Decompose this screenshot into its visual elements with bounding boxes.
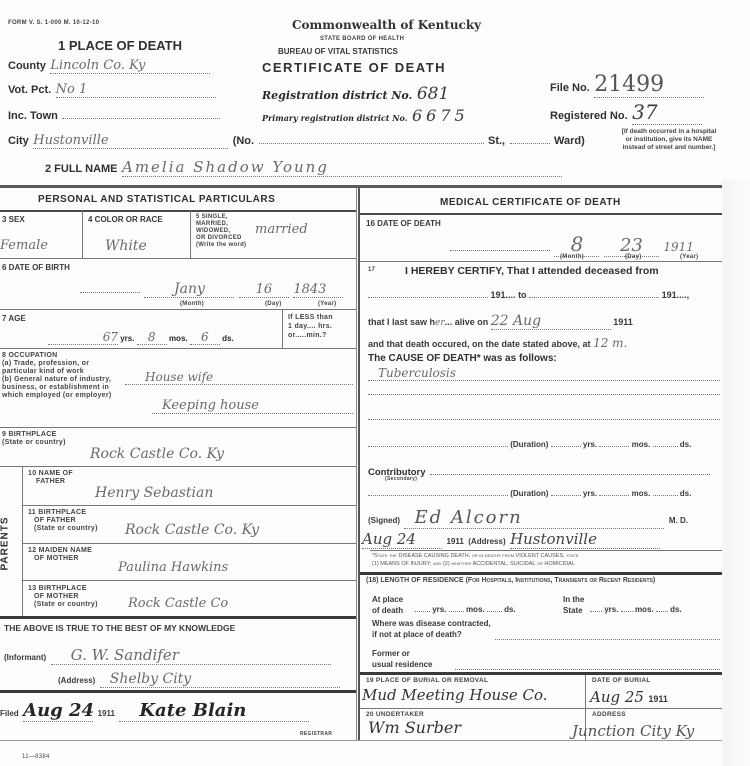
registrar-label: REGISTRAR bbox=[300, 731, 332, 737]
burial-date-label: DATE OF BURIAL bbox=[592, 677, 651, 684]
occupation-label: 8 OCCUPATION (a) Trade, profession, or p… bbox=[2, 352, 112, 400]
cause-of-death-value: Tuberculosis bbox=[368, 366, 720, 381]
dob-year-caption: (Year) bbox=[318, 301, 336, 307]
occ-b-line: which employed (or employer) bbox=[2, 392, 112, 400]
ds-label: ds. bbox=[670, 605, 682, 614]
at-place-line: of death bbox=[372, 605, 403, 616]
divider bbox=[360, 261, 722, 262]
occ-a-line: (a) Trade, profession, or bbox=[2, 360, 112, 368]
vot-pct-label: Vot. Pct. bbox=[8, 84, 51, 96]
marital-label-line: MARRIED, bbox=[196, 221, 246, 228]
in-state-label: In the State bbox=[563, 594, 584, 616]
birthplace-label: 9 BIRTHPLACE (State or country) bbox=[2, 431, 66, 447]
occupation-a-value: House wife bbox=[125, 370, 353, 385]
less-than-day-label: If LESS than 1 day.... hrs. or.....min.? bbox=[288, 313, 333, 340]
parents-label: PARENTS bbox=[0, 516, 11, 570]
contracted-line: if not at place of death? bbox=[372, 629, 491, 640]
registered-no-value: 37 bbox=[632, 100, 702, 125]
divider bbox=[360, 213, 722, 215]
registrar-signature: Kate Blain bbox=[119, 700, 309, 722]
mother-birthplace-label: 13 BIRTHPLACE OF MOTHER (State or countr… bbox=[28, 585, 98, 609]
secondary-label: (Secondary) bbox=[385, 476, 417, 482]
mother-bp-label-line: 13 BIRTHPLACE bbox=[28, 585, 98, 593]
med-address-value: Hustonville bbox=[510, 530, 660, 549]
contracted-line-blank bbox=[495, 638, 720, 640]
vot-pct-value: No 1 bbox=[56, 82, 216, 98]
filed-date: Aug 24 bbox=[23, 700, 93, 722]
occ-a-line: particular kind of work bbox=[2, 368, 112, 376]
certify-text: I HEREBY CERTIFY, That I attended deceas… bbox=[405, 265, 659, 277]
registration-district: Registration district No. 681 bbox=[262, 84, 449, 104]
mother-name-label-line: 12 MAIDEN NAME bbox=[28, 547, 92, 555]
vot-pct-field: Vot. Pct. No 1 bbox=[8, 80, 233, 98]
informant-field: (Informant) G. W. Sandifer bbox=[4, 646, 354, 665]
birthplace-label-line: 9 BIRTHPLACE bbox=[2, 431, 66, 439]
county-label: County bbox=[8, 60, 46, 72]
in-state-line: State bbox=[563, 605, 584, 616]
divider bbox=[370, 550, 722, 551]
yrs-label: yrs. bbox=[120, 334, 134, 343]
header-divider bbox=[0, 185, 722, 188]
age-years: 67 bbox=[48, 330, 118, 345]
former-residence-label: Former or usual residence bbox=[372, 648, 432, 670]
hospital-note: [If death occurred in a hospital or inst… bbox=[618, 128, 720, 152]
yrs-label: yrs. bbox=[432, 605, 446, 614]
death-time: 12 m. bbox=[593, 336, 627, 350]
bottom-border bbox=[0, 740, 722, 741]
last-saw-pronoun: er bbox=[435, 318, 445, 328]
mos-label: mos. bbox=[466, 605, 485, 614]
mos-label: mos. bbox=[632, 489, 651, 498]
ds-label: ds. bbox=[680, 440, 692, 449]
dod-month-caption: (Month) bbox=[560, 254, 584, 260]
occ-b-line: (b) General nature of industry, bbox=[2, 376, 112, 384]
primary-reg-label: Primary registration district No. bbox=[262, 113, 408, 123]
cause-of-death-label: The CAUSE OF DEATH* was as follows: bbox=[368, 353, 557, 364]
undertaker-address-value: Junction City Ky bbox=[572, 722, 694, 740]
column-divider-shadow bbox=[356, 188, 357, 740]
divider bbox=[0, 309, 356, 310]
mother-birthplace-value: Rock Castle Co bbox=[128, 596, 228, 611]
divider bbox=[82, 210, 83, 258]
reg-district-label: Registration district No. bbox=[262, 89, 412, 102]
column-divider bbox=[358, 188, 360, 740]
divider bbox=[360, 672, 722, 675]
footnote-line: *State the DISEASE CAUSING DEATH, or in … bbox=[372, 552, 579, 560]
personal-section-title: PERSONAL AND STATISTICAL PARTICULARS bbox=[38, 194, 275, 205]
st-label: St., bbox=[488, 135, 505, 147]
occupation-heading: 8 OCCUPATION bbox=[2, 352, 112, 360]
divider bbox=[282, 309, 283, 348]
divider bbox=[22, 505, 356, 506]
medical-section-title: MEDICAL CERTIFICATE OF DEATH bbox=[440, 197, 621, 208]
informant-value: G. W. Sandifer bbox=[51, 646, 331, 665]
burial-year: 1911 bbox=[648, 694, 668, 704]
father-name-value: Henry Sebastian bbox=[95, 485, 213, 501]
marital-label-line: OR DIVORCED bbox=[196, 235, 246, 242]
alive-year: 1911 bbox=[613, 317, 633, 327]
father-bp-label-line: (State or country) bbox=[28, 525, 98, 533]
informant-address-field: (Address) Shelby City bbox=[58, 670, 354, 688]
marital-status-label: 5 SINGLE, MARRIED, WIDOWED, OR DIVORCED … bbox=[196, 214, 246, 249]
cause-line-3 bbox=[368, 418, 720, 420]
board-title: STATE BOARD OF HEALTH bbox=[320, 36, 404, 42]
divider bbox=[0, 210, 356, 212]
father-birthplace-label: 11 BIRTHPLACE OF FATHER (State or countr… bbox=[28, 509, 98, 533]
footer-code: 11—8384 bbox=[22, 754, 50, 760]
primary-registration-district: Primary registration district No. 6675 bbox=[262, 106, 469, 126]
informant-label: (Informant) bbox=[4, 653, 46, 662]
divider bbox=[0, 427, 356, 428]
duration-label: (Duration) bbox=[510, 489, 548, 498]
reg-district-value: 681 bbox=[417, 84, 449, 104]
signed-field: (Signed) Ed Alcorn M. D. bbox=[368, 507, 720, 529]
registered-no-label: Registered No. bbox=[550, 110, 628, 122]
dob-day-caption: (Day) bbox=[265, 301, 282, 307]
ward-label: Ward) bbox=[554, 135, 585, 147]
mother-bp-label-line: OF MOTHER bbox=[28, 593, 98, 601]
dod-year-caption: (Year) bbox=[680, 254, 698, 260]
filed-label: Filed bbox=[0, 709, 19, 718]
dob-field: Jany 16 1843 bbox=[80, 280, 350, 298]
certify-number: 17 bbox=[368, 267, 375, 273]
dob-year: 1843 bbox=[293, 282, 343, 298]
signed-label: (Signed) bbox=[368, 516, 400, 525]
ds-label: ds. bbox=[222, 334, 234, 343]
marital-value: married bbox=[255, 222, 308, 237]
less-than-line: 1 day.... hrs. bbox=[288, 322, 333, 331]
yrs-label: yrs. bbox=[604, 605, 618, 614]
at-place-label: At place of death bbox=[372, 594, 403, 616]
occ-b-line: business, or establishment in bbox=[2, 384, 112, 392]
divider bbox=[190, 210, 191, 258]
attended-dates-line: 191.... to 191...., bbox=[368, 290, 720, 300]
divider bbox=[22, 580, 356, 581]
father-name-label: 10 NAME OF FATHER bbox=[28, 470, 73, 486]
death-occurred-text: and that death occured, on the date stat… bbox=[368, 339, 591, 349]
certificate-title: CERTIFICATE OF DEATH bbox=[262, 60, 446, 75]
marital-label-line: 5 SINGLE, bbox=[196, 214, 246, 221]
mother-name-label-line: OF MOTHER bbox=[28, 555, 92, 563]
med-address-label: (Address) bbox=[468, 537, 505, 546]
full-name-value: Amelia Shadow Young bbox=[122, 158, 562, 177]
city-value: Hustonville bbox=[33, 133, 228, 149]
from-year: 191.... bbox=[491, 290, 516, 300]
page-edge bbox=[722, 180, 750, 766]
duration-line-1: (Duration) yrs. mos. ds. bbox=[368, 440, 720, 449]
md-label: M. D. bbox=[669, 516, 688, 525]
yrs-label: yrs. bbox=[583, 489, 597, 498]
residence-label: (18) LENGTH OF RESIDENCE (For Hospitals,… bbox=[366, 577, 718, 585]
divider bbox=[22, 543, 356, 544]
filed-year: 1911 bbox=[98, 709, 115, 718]
undertaker-value: Wm Surber bbox=[368, 718, 461, 737]
at-place-duration: yrs. mos. ds. bbox=[415, 605, 516, 614]
age-label: 7 AGE bbox=[2, 314, 26, 323]
dob-month: Jany bbox=[144, 281, 234, 298]
last-saw-label: that I last saw h bbox=[368, 317, 435, 327]
dod-day-caption: (Day) bbox=[625, 254, 642, 260]
color-label: 4 COLOR OR RACE bbox=[88, 215, 163, 224]
burial-place-label: 19 PLACE OF BURIAL OR REMOVAL bbox=[366, 677, 488, 684]
file-no-value: 21499 bbox=[594, 72, 704, 98]
marital-label-line: (Write the word) bbox=[196, 242, 246, 249]
birthplace-value: Rock Castle Co. Ky bbox=[90, 446, 224, 462]
divider bbox=[22, 466, 23, 616]
divider bbox=[360, 708, 722, 709]
to-year: 191...., bbox=[662, 290, 690, 300]
county-field: County Lincoln Co. Ky bbox=[8, 56, 233, 74]
dob-day: 16 bbox=[239, 282, 289, 298]
full-name-field: 2 FULL NAME Amelia Shadow Young bbox=[45, 158, 605, 177]
contributory-field: Contributory bbox=[368, 462, 720, 480]
former-residence-line: usual residence bbox=[372, 659, 432, 670]
father-bp-label-line: 11 BIRTHPLACE bbox=[28, 509, 98, 517]
duration-label: (Duration) bbox=[510, 440, 548, 449]
alive-on-value: 22 Aug bbox=[491, 313, 611, 330]
mother-name-value: Paulina Hawkins bbox=[118, 560, 228, 575]
signed-year: 1911 bbox=[446, 537, 463, 546]
signed-value: Ed Alcorn bbox=[404, 507, 664, 529]
full-name-label: 2 FULL NAME bbox=[45, 163, 118, 175]
registered-number: Registered No. 37 bbox=[550, 100, 720, 125]
burial-date-field: Aug 25 1911 bbox=[590, 688, 668, 707]
age-months: 8 bbox=[137, 330, 167, 345]
in-state-line: In the bbox=[563, 594, 584, 605]
city-field: City Hustonville (No. St., Ward) bbox=[8, 131, 608, 149]
undertaker-address-label: ADDRESS bbox=[592, 711, 626, 718]
sex-label: 3 SEX bbox=[2, 215, 25, 224]
divider bbox=[0, 466, 356, 467]
inc-town-label: Inc. Town bbox=[8, 110, 58, 122]
former-residence-line: Former or bbox=[372, 648, 432, 659]
filed-field: Filed Aug 24 1911 Kate Blain bbox=[0, 700, 354, 722]
footnote-line: (1) MEANS OF INJURY; and (2) whether ACC… bbox=[372, 560, 579, 568]
dod-label: 16 DATE OF DEATH bbox=[366, 219, 441, 228]
occupation-b-value: Keeping house bbox=[152, 398, 353, 414]
burial-date-value: Aug 25 bbox=[590, 688, 644, 706]
cause-line-2 bbox=[368, 393, 720, 395]
file-number: File No. 21499 bbox=[550, 72, 720, 98]
father-birthplace-value: Rock Castle Co. Ky bbox=[125, 522, 259, 538]
city-label: City bbox=[8, 135, 29, 147]
birthplace-label-line: (State or country) bbox=[2, 439, 66, 447]
contracted-label: Where was disease contracted, if not at … bbox=[372, 618, 491, 640]
dod-year: 1911 bbox=[663, 240, 694, 254]
last-saw-line: that I last saw her... alive on 22 Aug 1… bbox=[368, 313, 720, 330]
commonwealth-title: Commonwealth of Kentucky bbox=[292, 18, 481, 32]
father-name-label-line: 10 NAME OF bbox=[28, 470, 73, 478]
place-of-death-heading: 1 PLACE OF DEATH bbox=[58, 38, 182, 53]
divider bbox=[0, 258, 356, 259]
mother-name-label: 12 MAIDEN NAME OF MOTHER bbox=[28, 547, 92, 563]
cause-footnote: *State the DISEASE CAUSING DEATH, or in … bbox=[372, 552, 579, 568]
county-value: Lincoln Co. Ky bbox=[50, 58, 210, 74]
bureau-title: BUREAU OF VITAL STATISTICS bbox=[278, 47, 398, 56]
inc-town-field: Inc. Town bbox=[8, 106, 233, 124]
color-value: White bbox=[105, 238, 147, 254]
mother-bp-label-line: (State or country) bbox=[28, 601, 98, 609]
to-label: to bbox=[518, 290, 527, 300]
true-statement: THE ABOVE IS TRUE TO THE BEST OF MY KNOW… bbox=[4, 623, 235, 633]
in-state-duration: yrs. mos. ds. bbox=[590, 605, 682, 614]
divider bbox=[0, 616, 356, 619]
mos-label: mos. bbox=[632, 440, 651, 449]
inc-town-value bbox=[62, 118, 220, 119]
father-bp-label-line: OF FATHER bbox=[28, 517, 98, 525]
burial-place-value: Mud Meeting House Co. bbox=[362, 686, 548, 704]
age-field: 67 yrs. 8 mos. 6 ds. bbox=[48, 330, 278, 345]
informant-address-value: Shelby City bbox=[100, 671, 340, 688]
sex-value: Female bbox=[0, 238, 48, 253]
dob-label: 6 DATE OF BIRTH bbox=[2, 263, 70, 272]
dob-month-caption: (Month) bbox=[180, 301, 204, 307]
signed-date-address: Aug 24 1911 (Address) Hustonville bbox=[362, 530, 720, 549]
alive-on-label: alive on bbox=[455, 317, 489, 327]
divider bbox=[0, 690, 356, 693]
divider bbox=[0, 348, 356, 349]
form-id: FORM V. S. 1-000 M. 10-12-10 bbox=[8, 20, 99, 26]
father-name-label-line: FATHER bbox=[28, 478, 73, 486]
contracted-line: Where was disease contracted, bbox=[372, 618, 491, 629]
at-place-line: At place bbox=[372, 594, 403, 605]
yrs-label: yrs. bbox=[583, 440, 597, 449]
less-than-line: or.....min.? bbox=[288, 331, 333, 340]
signed-date: Aug 24 bbox=[362, 530, 442, 549]
informant-address-label: (Address) bbox=[58, 676, 95, 685]
ds-label: ds. bbox=[680, 489, 692, 498]
duration-line-2: (Duration) yrs. mos. ds. bbox=[368, 489, 720, 498]
marital-label-line: WIDOWED, bbox=[196, 228, 246, 235]
death-occurred-line: and that death occured, on the date stat… bbox=[368, 336, 720, 350]
mos-label: mos. bbox=[635, 605, 654, 614]
primary-reg-value: 6675 bbox=[412, 106, 469, 125]
divider bbox=[360, 572, 722, 575]
former-residence-blank bbox=[455, 668, 720, 670]
age-days: 6 bbox=[190, 330, 220, 345]
file-no-label: File No. bbox=[550, 82, 590, 94]
less-than-line: If LESS than bbox=[288, 313, 333, 322]
street-no-label: (No. bbox=[233, 135, 254, 147]
ds-label: ds. bbox=[504, 605, 516, 614]
undertaker-label: 20 UNDERTAKER bbox=[366, 711, 424, 718]
mos-label: mos. bbox=[169, 334, 188, 343]
